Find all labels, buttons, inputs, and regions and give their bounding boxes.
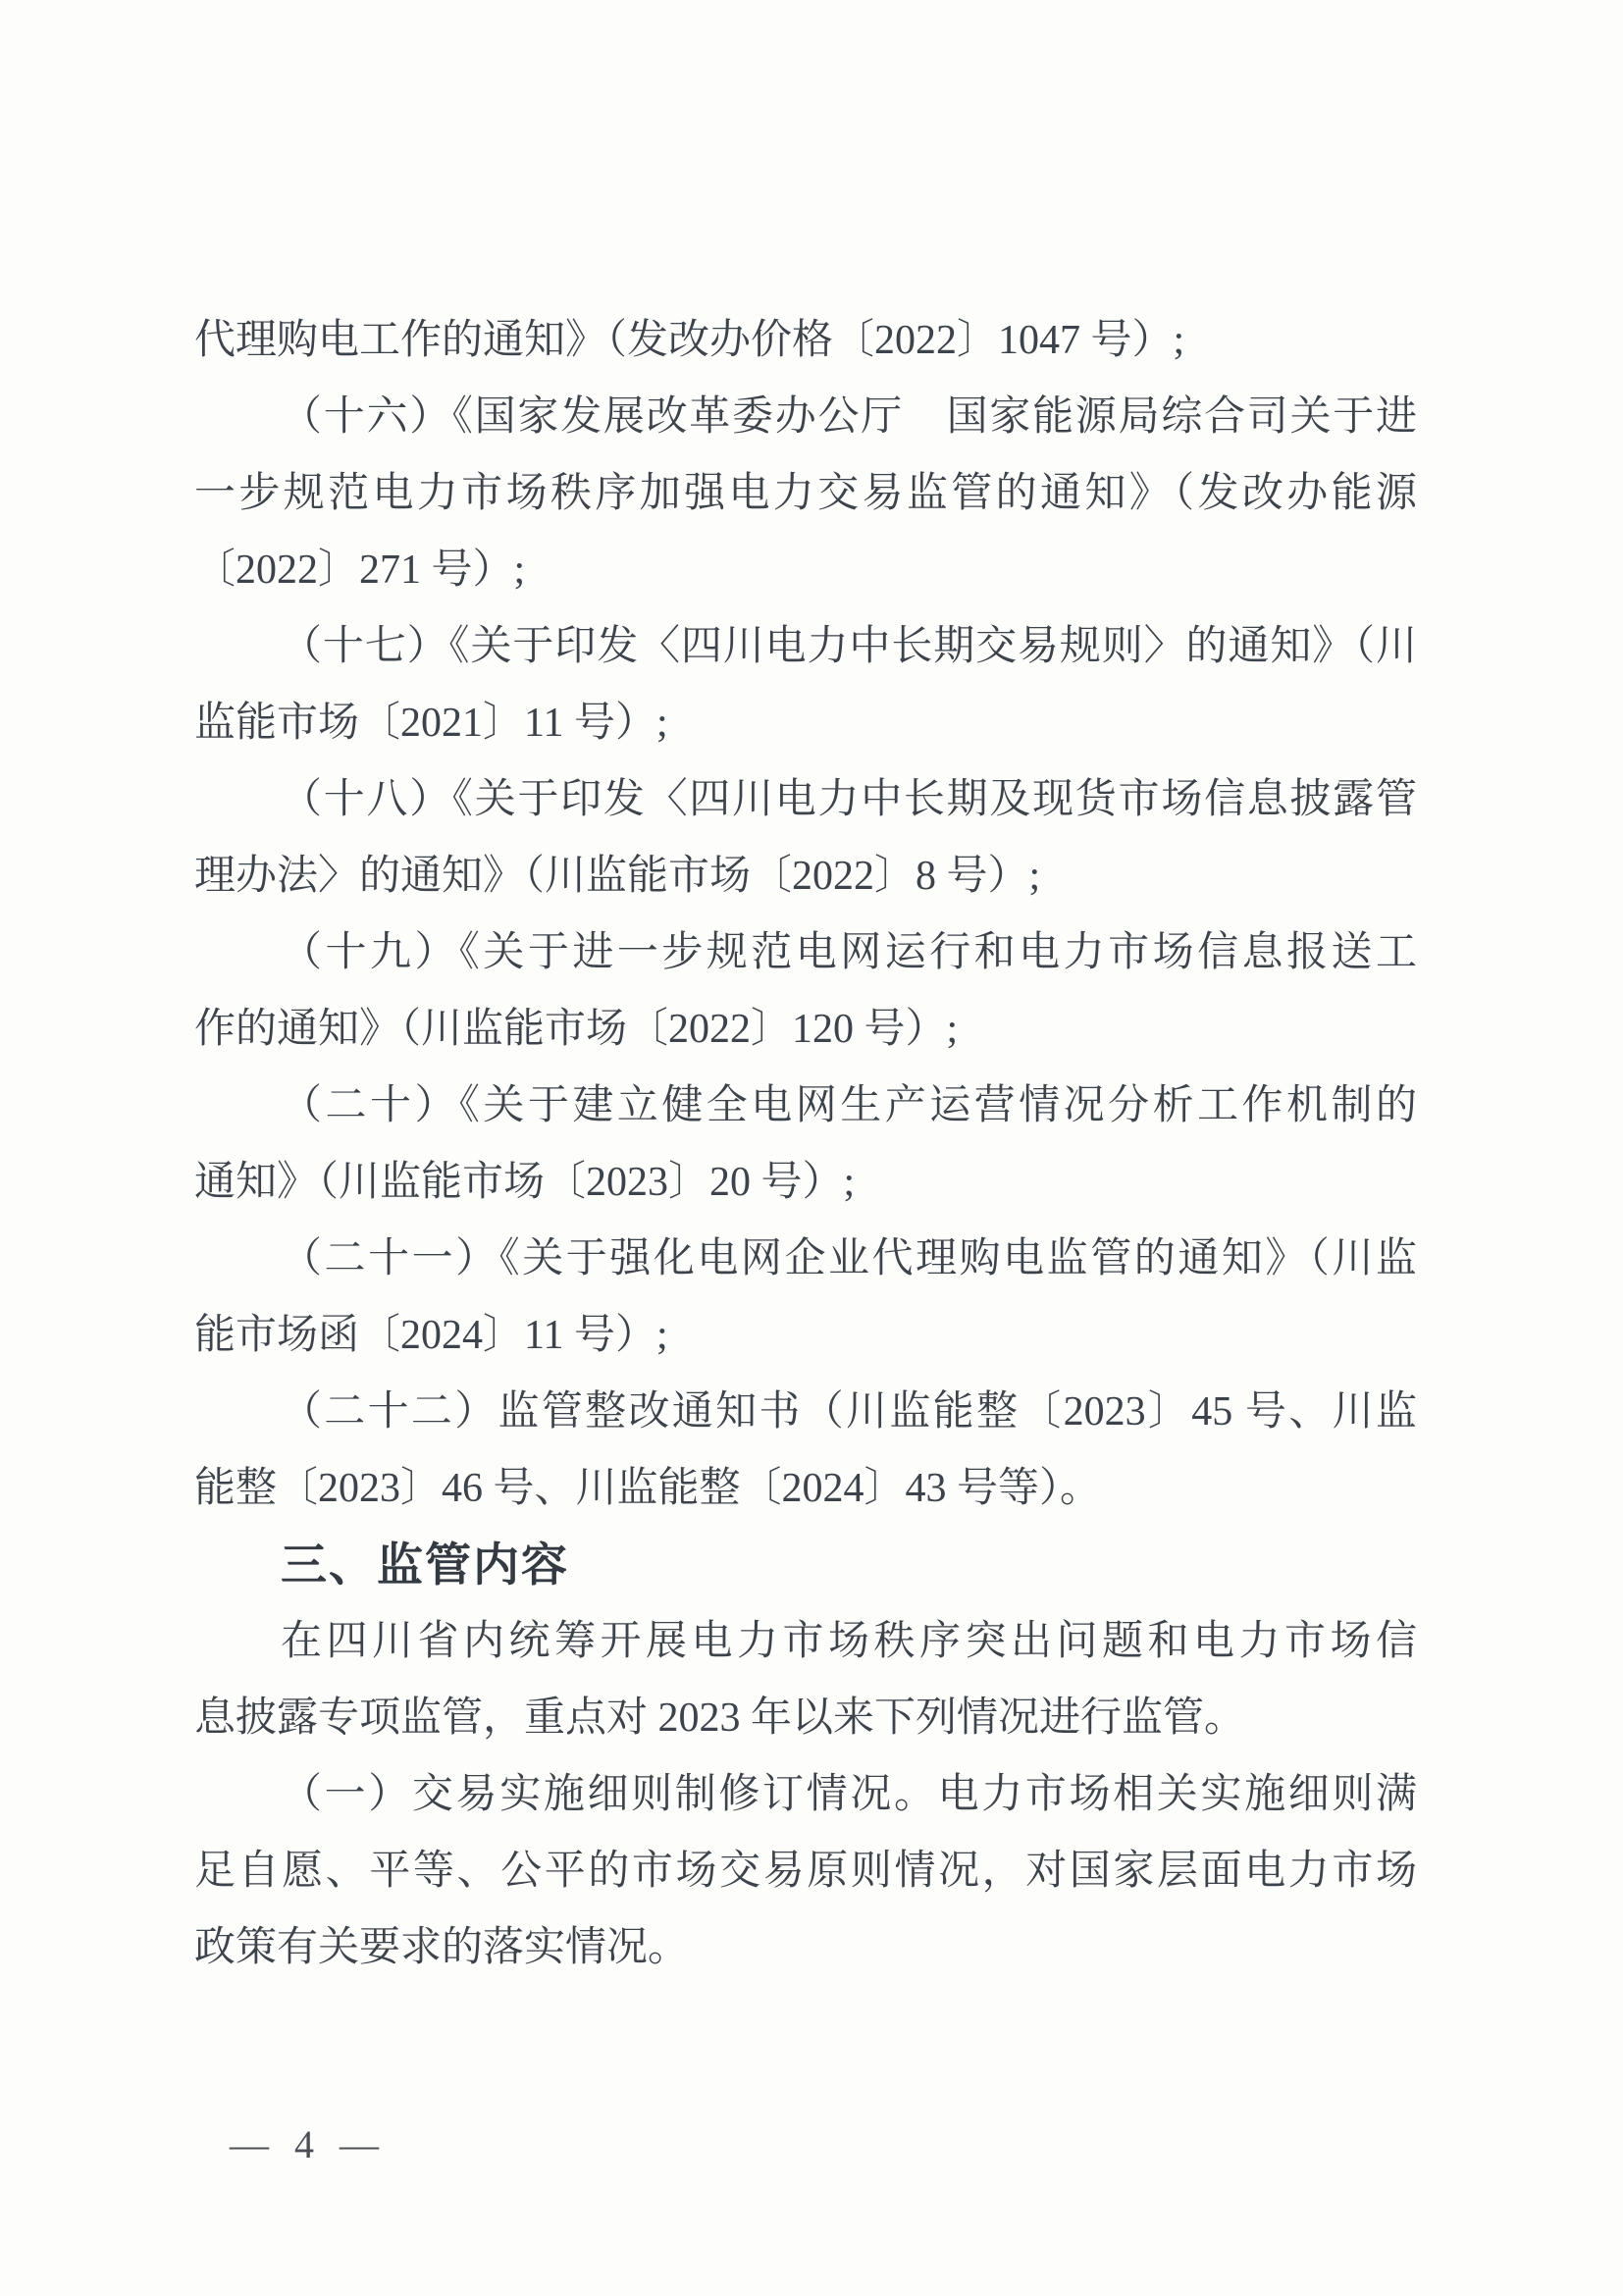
text-line: 通知》（川监能市场〔2023〕20 号）; bbox=[194, 1144, 1417, 1221]
text-line: （十七）《关于印发〈四川电力中长期交易规则〉的通知》（川 bbox=[194, 608, 1417, 685]
text-line: 能整〔2023〕46 号、川监能整〔2024〕43 号等）。 bbox=[194, 1450, 1417, 1527]
text-line: （二十一）《关于强化电网企业代理购电监管的通知》（川监 bbox=[194, 1221, 1417, 1297]
text-line: （十六）《国家发展改革委办公厅 国家能源局综合司关于进 bbox=[194, 379, 1417, 455]
document-page: 代理购电工作的通知》（发改办价格〔2022〕1047 号）;（十六）《国家发展改… bbox=[0, 0, 1623, 2296]
text-line: 理办法〉的通知》（川监能市场〔2022〕8 号）; bbox=[194, 838, 1417, 914]
text-line: 〔2022〕271 号）; bbox=[194, 532, 1417, 608]
text-line: 息披露专项监管，重点对 2023 年以来下列情况进行监管。 bbox=[194, 1680, 1417, 1756]
section-heading: 三、监管内容 bbox=[194, 1527, 1417, 1603]
page-number: — 4 — bbox=[230, 2117, 387, 2172]
text-line: 在四川省内统筹开展电力市场秩序突出问题和电力市场信 bbox=[194, 1603, 1417, 1680]
text-line: 作的通知》（川监能市场〔2022〕120 号）; bbox=[194, 991, 1417, 1068]
text-line: （十九）《关于进一步规范电网运行和电力市场信息报送工 bbox=[194, 914, 1417, 991]
text-line: （二十）《关于建立健全电网生产运营情况分析工作机制的 bbox=[194, 1068, 1417, 1144]
text-line: 足自愿、平等、公平的市场交易原则情况，对国家层面电力市场 bbox=[194, 1833, 1417, 1909]
text-line: 政策有关要求的落实情况。 bbox=[194, 1909, 1417, 1986]
text-line: （二十二）监管整改通知书（川监能整〔2023〕45 号、川监 bbox=[194, 1374, 1417, 1450]
text-line: 代理购电工作的通知》（发改办价格〔2022〕1047 号）; bbox=[194, 302, 1417, 379]
text-line: 监能市场〔2021〕11 号）; bbox=[194, 685, 1417, 761]
text-line: （十八）《关于印发〈四川电力中长期及现货市场信息披露管 bbox=[194, 761, 1417, 838]
text-line: 一步规范电力市场秩序加强电力交易监管的通知》（发改办能源 bbox=[194, 455, 1417, 532]
document-body: 代理购电工作的通知》（发改办价格〔2022〕1047 号）;（十六）《国家发展改… bbox=[194, 302, 1417, 1986]
text-line: 能市场函〔2024〕11 号）; bbox=[194, 1297, 1417, 1374]
text-line: （一）交易实施细则制修订情况。电力市场相关实施细则满 bbox=[194, 1756, 1417, 1833]
